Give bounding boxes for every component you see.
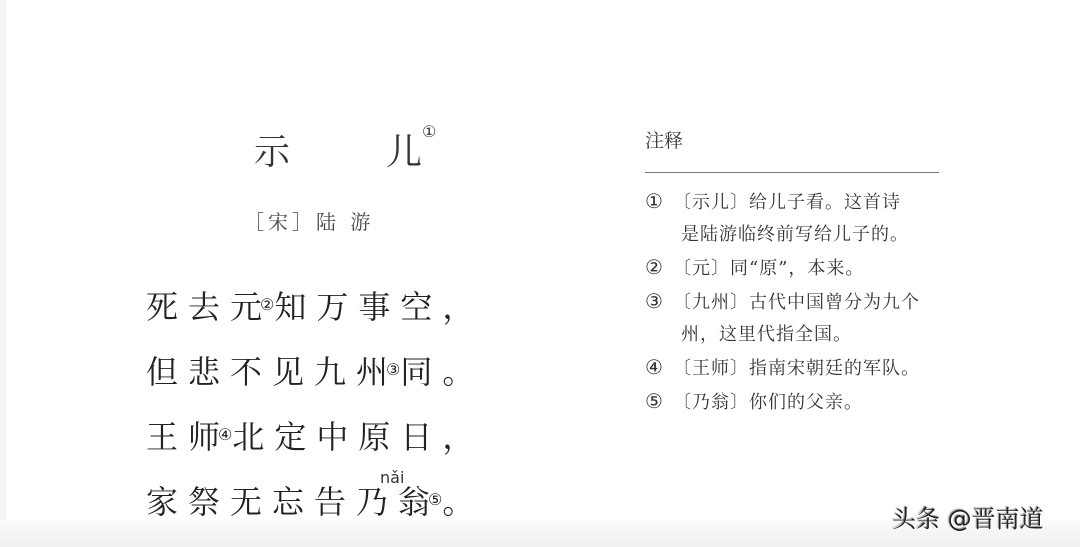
notes-title: 注释 bbox=[645, 126, 939, 172]
notes-section: 注释 ①〔示儿〕给儿子看。这首诗是陆游临终前写给儿子的。 ②〔元〕同“原”，本来… bbox=[645, 126, 939, 419]
divider bbox=[645, 172, 939, 173]
poem-title: 示 儿① bbox=[254, 124, 436, 175]
note-item: ④〔王师〕指南宋朝廷的军队。 bbox=[645, 351, 939, 385]
footnote-marker: ④ bbox=[218, 425, 232, 444]
poem-line: nǎi家祭无忘告乃翁⑤。 bbox=[146, 477, 484, 542]
watermark: 头条 @晋南道 bbox=[892, 499, 1044, 534]
footnote-marker: ⑤ bbox=[428, 490, 442, 509]
note-item: ⑤〔乃翁〕你们的父亲。 bbox=[645, 385, 939, 419]
poem-line: 死去元②知万事空， bbox=[146, 282, 484, 347]
footnote-marker: ① bbox=[422, 122, 436, 141]
note-item: ③〔九州〕古代中国曾分为九个州，这里代指全国。 bbox=[645, 285, 939, 351]
poem-author: ［宋］陆 游 bbox=[244, 206, 374, 235]
pinyin-annotation: nǎi bbox=[380, 453, 404, 503]
page-edge bbox=[0, 0, 6, 547]
poem-body: 死去元②知万事空， 但悲不见九州③同。 王师④北定中原日， nǎi家祭无忘告乃翁… bbox=[146, 282, 484, 542]
footnote-marker: ③ bbox=[386, 360, 400, 379]
poem-line: 但悲不见九州③同。 bbox=[146, 347, 484, 412]
poem-line: 王师④北定中原日， bbox=[146, 412, 484, 477]
note-item: ②〔元〕同“原”，本来。 bbox=[645, 251, 939, 285]
footnote-marker: ② bbox=[260, 295, 274, 314]
note-item: ①〔示儿〕给儿子看。这首诗是陆游临终前写给儿子的。 bbox=[645, 185, 939, 251]
